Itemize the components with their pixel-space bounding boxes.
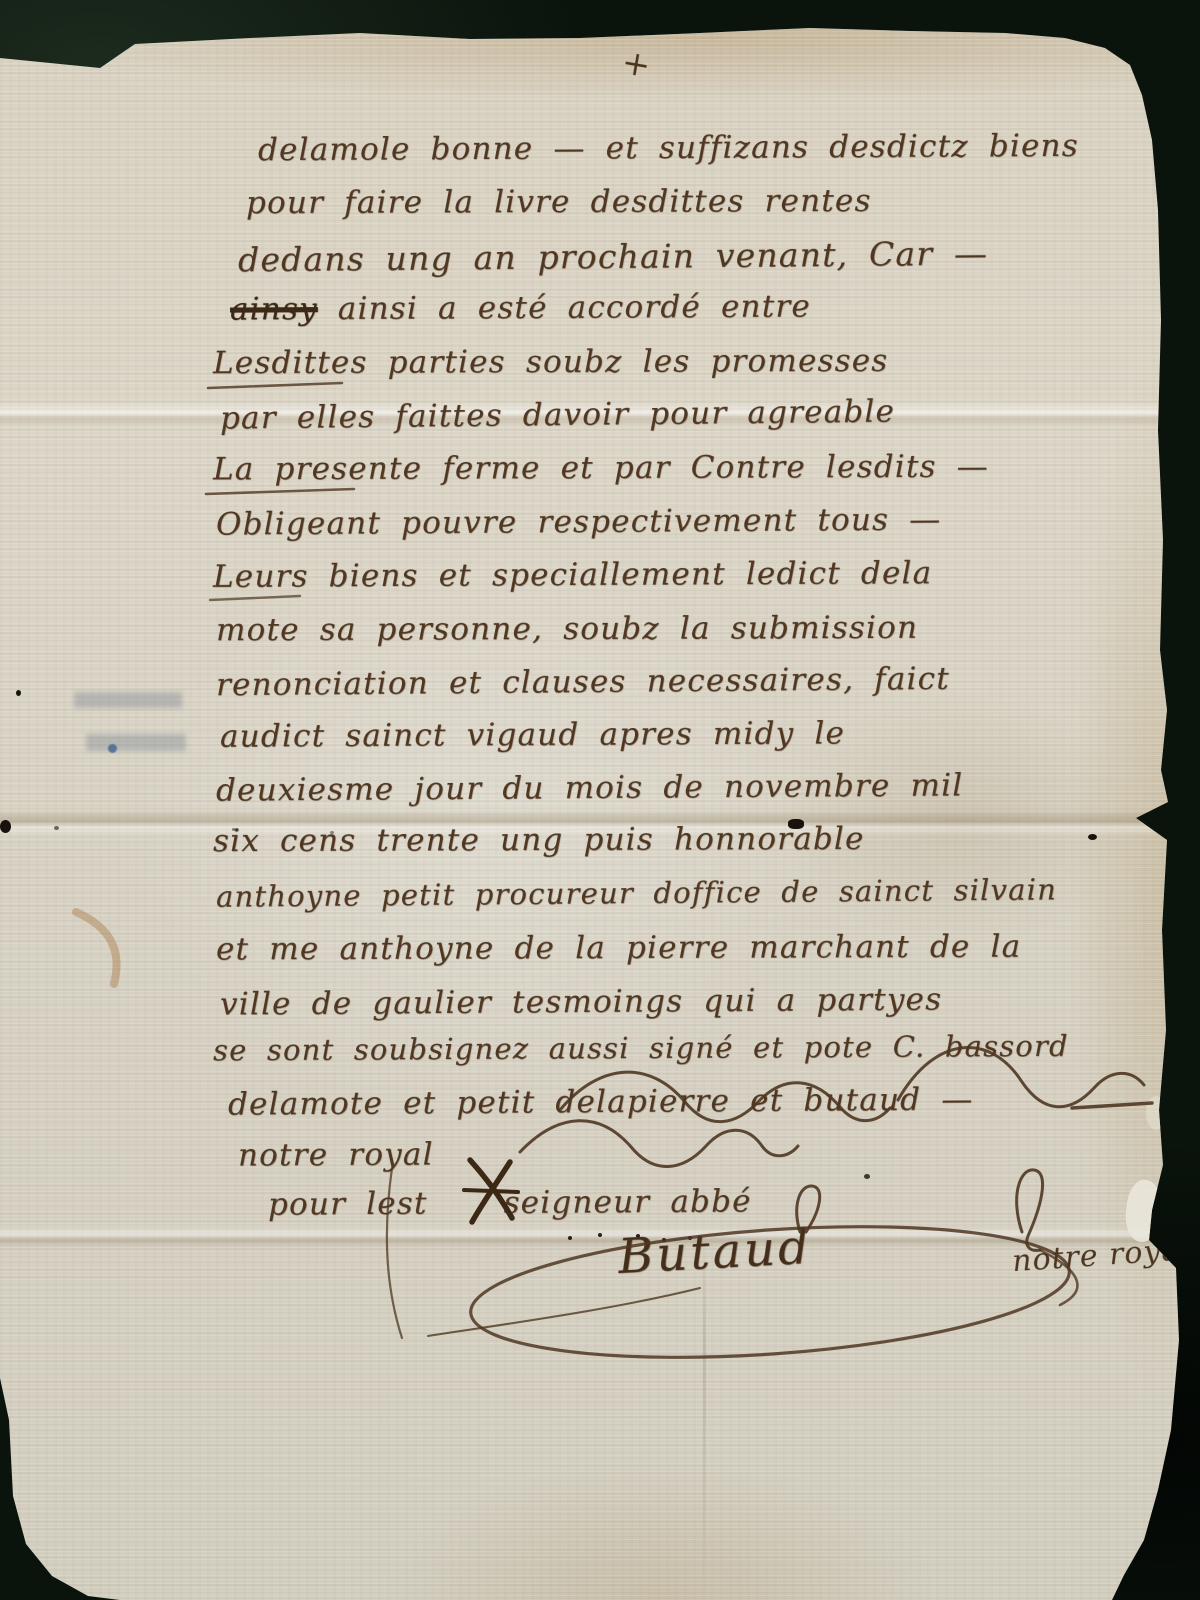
ink-speck <box>54 826 59 830</box>
ink-speck <box>16 690 21 696</box>
underline-flourish <box>208 383 342 388</box>
manuscript-line: deuxiesme jour du mois de novembre mil <box>216 767 964 808</box>
manuscript-line: ainsyainsi a esté accordé entre <box>230 288 811 327</box>
manuscript-line: dedans ung an prochain venant, Car — <box>238 234 988 280</box>
blue-ink-dot <box>108 744 117 753</box>
trailing-dash <box>1072 1103 1152 1108</box>
manuscript-line: La presente ferme et par Contre lesdits … <box>213 449 989 488</box>
ink-speck <box>1088 834 1097 840</box>
faded-stamp-showthrough <box>56 686 188 772</box>
manuscript-line: six cens trente ung puis honnorable <box>213 821 865 859</box>
manuscript-line: ville de gaulier tesmoings qui a partyes <box>220 981 942 1022</box>
underline-flourish <box>206 489 354 494</box>
edge-tear-patch-small <box>1146 1096 1166 1130</box>
manuscript-line: par elles faittes davoir pour agreable <box>220 393 895 436</box>
stamp-line <box>74 692 182 708</box>
manuscript-line: Obligeant pouvre respectivement tous — <box>216 501 942 542</box>
manuscript-line: pour faire la livre desdittes rentes <box>246 183 872 221</box>
struck-word: ainsy <box>230 291 318 327</box>
vertical-crease <box>703 1240 706 1600</box>
manuscript-line: et me anthoyne de la pierre marchant de … <box>216 929 1021 968</box>
closing-suffix: seigneur abbé <box>503 1183 751 1221</box>
manuscript-line: se sont soubsignez aussi signé et pote C… <box>213 1029 1069 1067</box>
edge-notch <box>0 820 11 833</box>
photo-background: + delamole bonne — et suffizans desdictz… <box>0 0 1200 1600</box>
manuscript-line: notre royal <box>238 1136 434 1173</box>
manuscript-line: anthoyne petit procureur doffice de sain… <box>216 872 1057 913</box>
manuscript-line-text: ainsi a esté accordé entre <box>338 288 811 326</box>
stamp-line <box>86 734 186 751</box>
manuscript-line: mote sa personne, soubz la submission <box>216 610 918 648</box>
manuscript-page: + delamole bonne — et suffizans desdictz… <box>0 0 1200 1600</box>
diagonal-flourish <box>428 1288 700 1336</box>
underline-flourish <box>210 596 300 600</box>
page-cross-mark: + <box>619 42 654 86</box>
manuscript-line: Leurs biens et speciallement ledict dela <box>213 555 932 595</box>
notary-signature: Butaud <box>617 1219 813 1285</box>
manuscript-line: delamole bonne — et suffizans desdictz b… <box>258 128 1079 168</box>
ink-dot <box>568 1236 572 1240</box>
crescent-stain <box>76 912 117 984</box>
closing-prefix: pour lest <box>268 1186 428 1223</box>
ink-speck <box>864 1174 870 1179</box>
manuscript-line: Lesdittes parties soubz les promesses <box>213 343 889 381</box>
manuscript-line: renonciation et clauses necessaires, fai… <box>216 661 950 703</box>
witness-paraph-wave <box>520 1121 798 1167</box>
manuscript-line: audict sainct vigaud apres midy le <box>220 715 845 754</box>
closing-line: pour lestseigneur abbé <box>268 1183 752 1222</box>
manuscript-line: delamote et petit delapierre et butaud — <box>228 1081 974 1122</box>
ink-dot <box>598 1233 602 1237</box>
